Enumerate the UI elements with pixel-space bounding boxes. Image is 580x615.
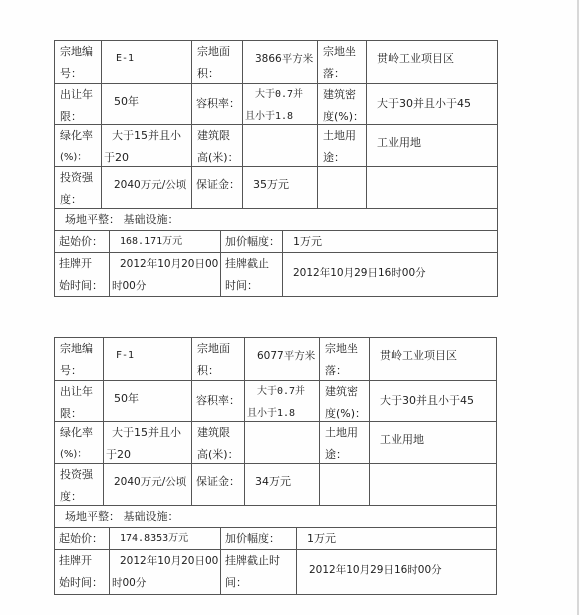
label-line: 建筑密 [325, 381, 369, 403]
value-line: 且小于1.8 [245, 403, 319, 421]
label-line: 度(%)： [325, 403, 369, 421]
increment-label: 加价幅度： [221, 528, 296, 549]
density-label: 建筑密 度(%)： [320, 381, 369, 421]
listing-end-label: 挂牌截止时 间： [221, 550, 296, 594]
height-value [245, 422, 319, 463]
density-value: 大于30并且小于45 [370, 381, 496, 421]
term-label: 出让年 限： [55, 381, 103, 421]
listing-start-label: 挂牌开 始时间： [55, 550, 109, 594]
value-line: 大于15并且小 [104, 422, 191, 444]
label-line: 始时间： [59, 572, 109, 594]
far-value: 大于0.7并 且小于1.8 [245, 381, 319, 421]
location-value: 贯岭工业项目区 [370, 338, 496, 374]
label-line: 挂牌截止时 [225, 550, 296, 572]
label-line: 土地用 [325, 422, 369, 444]
label-line: 间： [225, 572, 296, 594]
label-line: 投资强 [60, 464, 103, 486]
label-line: 积： [197, 360, 244, 380]
label-line: 出让年 [60, 381, 103, 403]
invest-label: 投资强 度： [55, 464, 103, 505]
start-price-label: 起始价： [55, 528, 109, 549]
start-price-value: 174.8353万元 [110, 528, 220, 549]
label-line: 限： [60, 403, 103, 421]
label-line: 号： [60, 360, 103, 380]
listing-end-value: 2012年10月29日16时00分 [297, 550, 496, 590]
label-line: 宗地坐 [325, 338, 369, 360]
label-line: 落： [325, 360, 369, 380]
label-line: (%)： [60, 444, 103, 463]
height-label: 建筑限 高(米)： [192, 422, 244, 463]
parcel-no-value: F-1 [104, 338, 191, 374]
parcel-table-f1: 宗地编 号： F-1 宗地面 积： 6077平方米 宗地坐 落： 贯岭工业项目区… [0, 0, 580, 615]
value-line: 2012年10月20日00 [110, 550, 220, 572]
site-prep-text: 场地平整： 基础设施： [55, 506, 496, 527]
use-label: 土地用 途： [320, 422, 369, 463]
value-line: 大于0.7并 [245, 381, 319, 403]
label-line: 挂牌开 [59, 550, 109, 572]
label-line: 绿化率 [60, 422, 103, 444]
label-line: 宗地面 [197, 338, 244, 360]
area-value: 6077平方米 [245, 338, 319, 374]
increment-value: 1万元 [297, 528, 496, 549]
label-line: 宗地编 [60, 338, 103, 360]
label-line: 途： [325, 444, 369, 463]
parcel-no-label: 宗地编 号： [55, 338, 103, 380]
label-line: 度： [60, 486, 103, 505]
term-value: 50年 [104, 381, 191, 417]
value-line: 于20 [104, 444, 191, 463]
location-label: 宗地坐 落： [320, 338, 369, 380]
value-line: 时00分 [110, 572, 220, 594]
use-value: 工业用地 [370, 422, 496, 458]
listing-start-value: 2012年10月20日00 时00分 [110, 550, 220, 594]
green-value: 大于15并且小 于20 [104, 422, 191, 463]
far-label: 容积率： [192, 381, 244, 421]
deposit-value: 34万元 [245, 464, 319, 500]
area-label: 宗地面 积： [192, 338, 244, 380]
label-line: 高(米)： [197, 444, 244, 463]
invest-value: 2040万元/公顷 [104, 464, 191, 500]
label-line: 建筑限 [197, 422, 244, 444]
green-label: 绿化率 (%)： [55, 422, 103, 463]
deposit-label: 保证金： [192, 464, 244, 500]
